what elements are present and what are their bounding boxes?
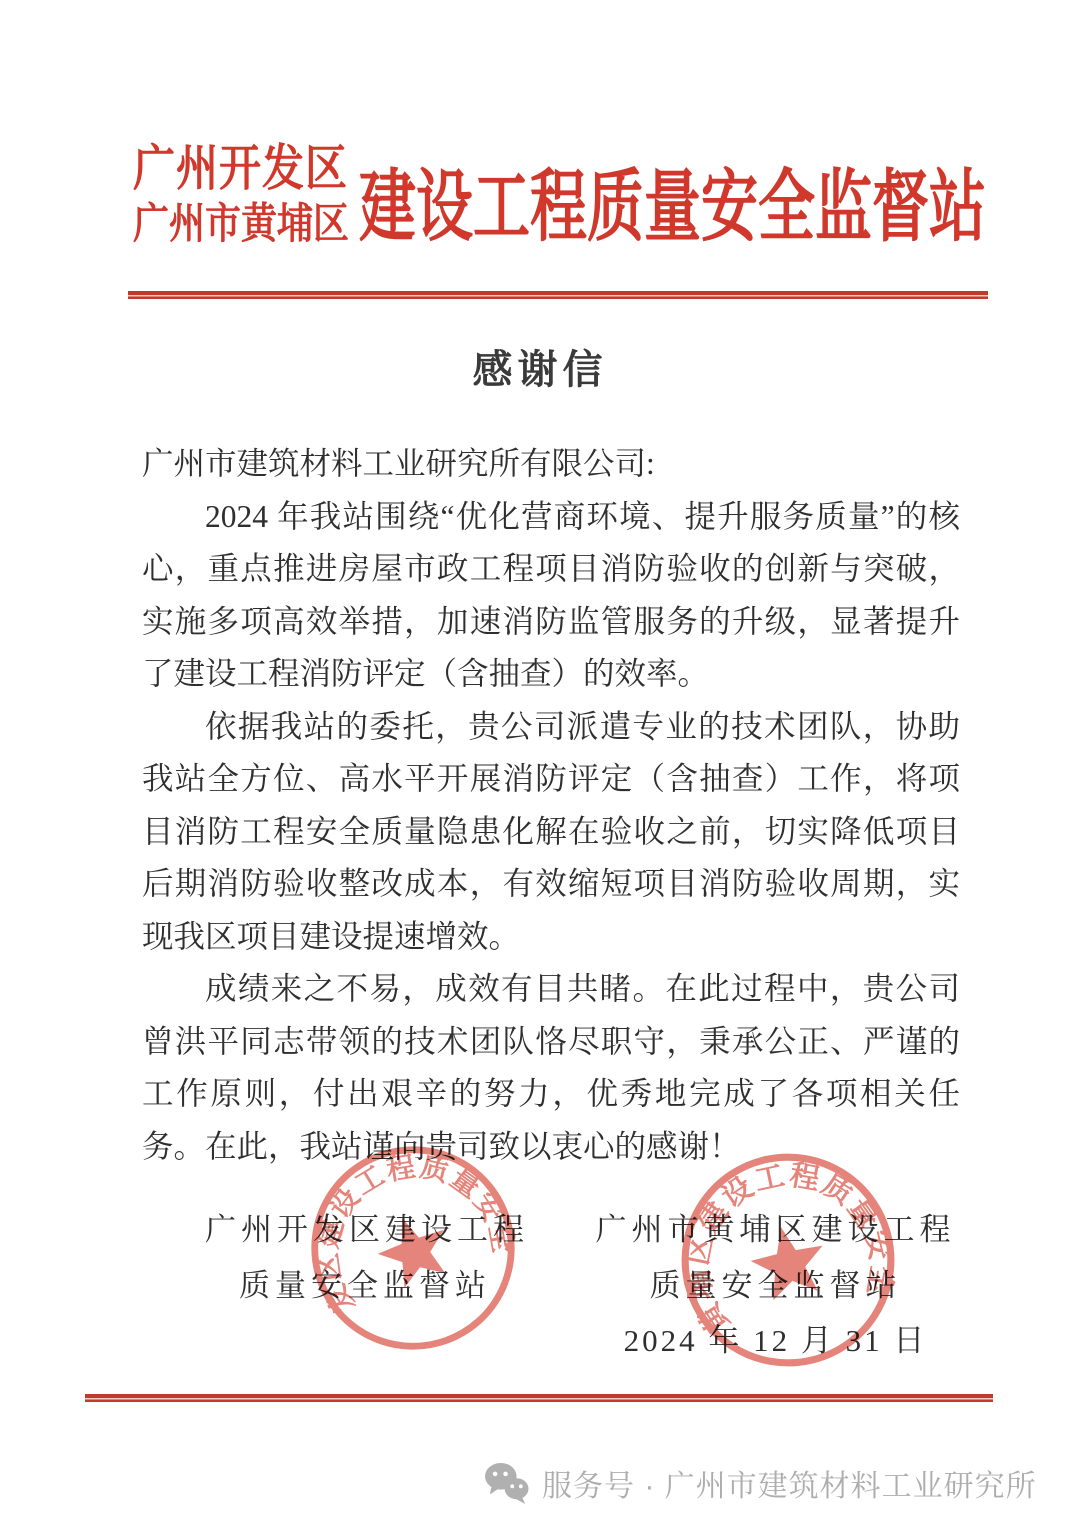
letterhead-org-main: 建设工程质量安全监督站	[359, 167, 986, 250]
signature-left-line2: 质量安全监督站	[205, 1258, 525, 1314]
footer-text: 服务号 · 广州市建筑材料工业研究所	[542, 1461, 1037, 1505]
letterhead: 广州开发区 广州市黄埔区 建设工程质量安全监督站	[133, 158, 986, 250]
footer-rule	[85, 1394, 993, 1402]
letterhead-rule	[128, 291, 988, 299]
letter-title: 感谢信	[0, 338, 1080, 395]
signature-right-line2: 质量安全监督站	[588, 1258, 963, 1314]
signature-block-left: 广州开发区建设工程 质量安全监督站	[205, 1202, 525, 1314]
signature-right-line1: 广州市黄埔区建设工程	[588, 1202, 963, 1258]
letter-paragraph-2: 依据我站的委托，贵公司派遣专业的技术团队，协助我站全方位、高水平开展消防评定（含…	[142, 701, 960, 964]
letter-salutation: 广州市建筑材料工业研究所有限公司:	[142, 438, 960, 491]
letterhead-org-stack: 广州开发区 广州市黄埔区	[133, 141, 349, 250]
letter-paragraph-3: 成绩来之不易，成效有目共睹。在此过程中，贵公司曾洪平同志带领的技术团队恪尽职守，…	[142, 963, 960, 1173]
signature-block-right: 广州市黄埔区建设工程 质量安全监督站 2024 年 12 月 31 日	[588, 1202, 963, 1368]
thank-you-letter-page: 广州开发区 广州市黄埔区 建设工程质量安全监督站 感谢信 广州市建筑材料工业研究…	[0, 0, 1080, 1527]
letterhead-org-line1: 广州开发区	[133, 141, 349, 198]
letter-body: 广州市建筑材料工业研究所有限公司: 2024 年我站围绕“优化营商环境、提升服务…	[142, 438, 960, 1173]
letterhead-org-line2: 广州市黄埔区	[133, 198, 349, 250]
letter-paragraph-1: 2024 年我站围绕“优化营商环境、提升服务质量”的核心，重点推进房屋市政工程项…	[142, 491, 960, 701]
signature-date: 2024 年 12 月 31 日	[588, 1314, 963, 1368]
signature-left-line1: 广州开发区建设工程	[205, 1202, 525, 1258]
footer: 服务号 · 广州市建筑材料工业研究所	[484, 1461, 1037, 1505]
wechat-icon	[484, 1462, 530, 1504]
